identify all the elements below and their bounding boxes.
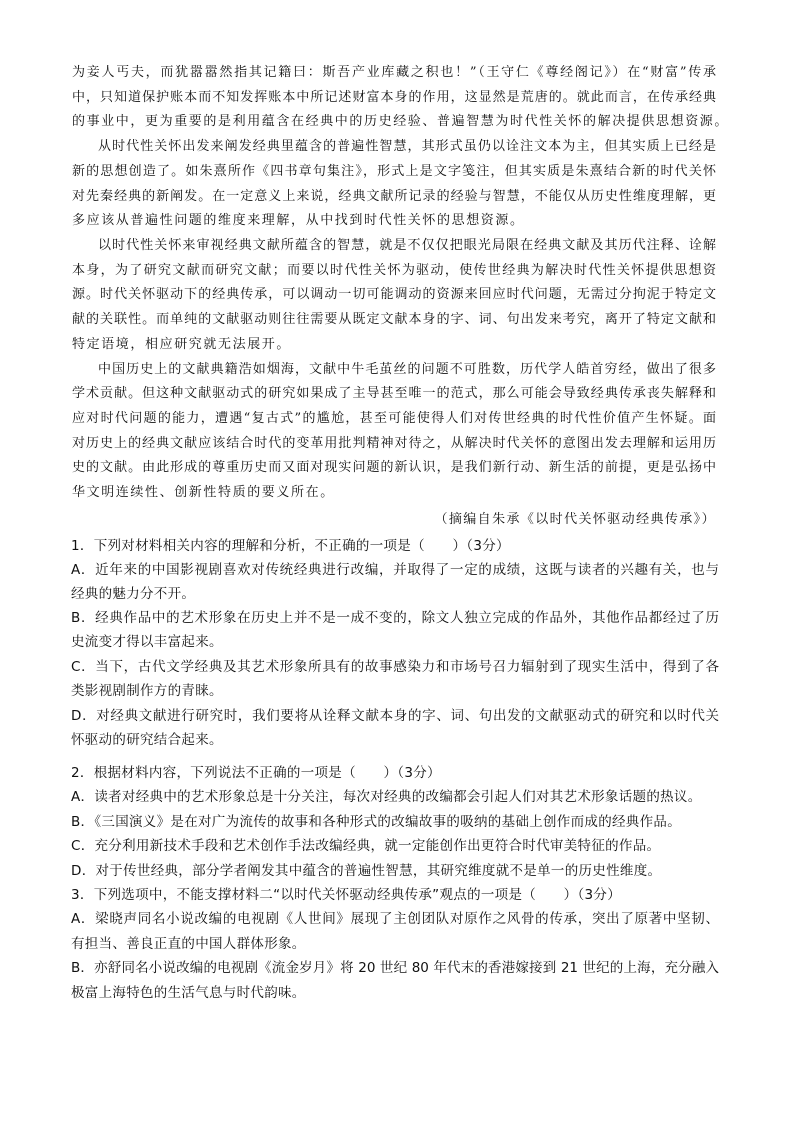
option-a-cont: 经典的魅力分不开。 [71,584,195,604]
passage-line: 从时代性关怀出发来阐发经典里蕴含的普遍性智慧，其形式虽仍以诠注文本为主，但其实质… [98,137,716,157]
passage-line: 中，只知道保护账本而不知发挥账本中所记述财富本身的作用，这显然是荒唐的。就此而言… [72,88,716,108]
option-b-cont: 史流变才得以丰富起来。 [71,632,223,652]
passage-line: 史的文献。由此形成的尊重历史而又面对现实问题的新认识，是我们新行动、新生活的前提… [72,458,716,478]
option-b: B．亦舒同名小说改编的电视剧《流金岁月》将 20 世纪 80 年代末的香港嫁接到… [71,958,719,978]
passage-line: 学术贡献。但这种文献驱动式的研究如果成了主导甚至唯一的范式，那么可能会导致经典传… [72,384,716,404]
option-a-cont: 有担当、善良正直的中国人群体形象。 [71,934,306,954]
passage-line: 对先秦经典的新阐发。在一定意义上来说，经典文献所记录的经验与智慧，不能仅从历史性… [72,187,716,207]
passage-line: 的事业中，更为重要的是利用蕴含在经典中的历史经验、普遍智慧为时代性关怀的解决提供… [72,112,729,132]
passage-line: 特定语境，相应研究就无法展开。 [72,335,291,355]
question-stem: 1．下列对材料相关内容的理解和分析，不正确的一项是（ ）（3分） [71,536,510,556]
exam-page: 为妾人丐夫，而犹嚣嚣然指其记籍曰：斯吾产业库藏之积也！”（王守仁《尊经阁记》）在… [0,0,794,1123]
passage-line: 为妾人丐夫，而犹嚣嚣然指其记籍曰：斯吾产业库藏之积也！”（王守仁《尊经阁记》）在… [72,63,716,83]
passage-line: 华文明连续性、创新性特质的要义所在。 [72,483,335,503]
question-stem: 2．根据材料内容，下列说法不正确的一项是（ ）（3分） [71,763,441,783]
option-a: A．读者对经典中的艺术形象总是十分关注，每次对经典的改编都会引起人们对其艺术形象… [71,787,702,807]
option-c: C．当下，古代文学经典及其艺术形象所具有的故事感染力和市场号召力辐射到了现实生活… [71,657,719,677]
option-d-cont: 怀驱动的研究结合起来。 [71,730,223,750]
passage-line: 中国历史上的文献典籍浩如烟海，文献中牛毛茧丝的问题不可胜数，历代学人皓首穷经，做… [98,360,716,380]
passage-line: 应对时代问题的能力，遭遇“复古式”的尴尬，甚至可能使得人们对传世经典的时代性价值… [72,409,716,429]
passage-source: （摘编自朱承《以时代关怀驱动经典传承》） [434,510,716,530]
passage-line: 以时代性关怀来审视经典文献所蕴含的智慧，就是不仅仅把眼光局限在经典文献及其历代注… [98,236,716,256]
option-c: C．充分利用新技术手段和艺术创作手法改编经典，就一定能创作出更符合时代审美特征的… [71,836,660,856]
option-a: A．近年来的中国影视剧喜欢对传统经典进行改编，并取得了一定的成绩，这既与读者的兴… [71,560,719,580]
passage-line: 献的关联性。而单纯的文献驱动则往往需要从既定文献本身的字、词、句出发来考究，离开… [72,310,716,330]
question-stem: 3．下列选项中，不能支撑材料二“以时代关怀驱动经典传承”观点的一项是（ ）（3分… [71,885,621,905]
option-b: B．《三国演义》是在对广为流传的故事和各种形式的改编故事的吸纳的基础上创作而成的… [71,812,681,832]
option-c-cont: 类影视剧制作方的青睐。 [71,681,223,701]
passage-line: 源。时代关怀驱动下的经典传承，可以调动一切可能调动的资源来回应时代问题，无需过分… [72,285,716,305]
passage-line: 本身，为了研究文献而研究文献；而要以时代性关怀为驱动，使传世经典为解决时代性关怀… [72,261,716,281]
option-b-cont: 极富上海特色的生活气息与时代韵味。 [71,983,306,1003]
option-b: B．经典作品中的艺术形象在历史上并不是一成不变的，除文人独立完成的作品外，其他作… [71,608,719,628]
option-a: A．梁晓声同名小说改编的电视剧《人世间》展现了主创团队对原作之风骨的传承，突出了… [71,909,719,929]
passage-line: 对历史上的经典文献应该结合时代的变革用批判精神对待之，从解决时代关怀的意图出发去… [72,434,716,454]
passage-line: 多应该从普遍性问题的维度来理解，从中找到时代性关怀的思想资源。 [72,211,525,231]
option-d: D．对经典文献进行研究时，我们要将从诠释文献本身的字、词、句出发的文献驱动式的研… [71,706,719,726]
passage-line: 新的思想创造了。如朱熹所作《四书章句集注》，形式上是文字笺注，但其实质是朱熹结合… [72,162,716,182]
option-d: D．对于传世经典，部分学者阐发其中蕴含的普遍性智慧，其研究维度就不是单一的历史性… [71,861,661,881]
